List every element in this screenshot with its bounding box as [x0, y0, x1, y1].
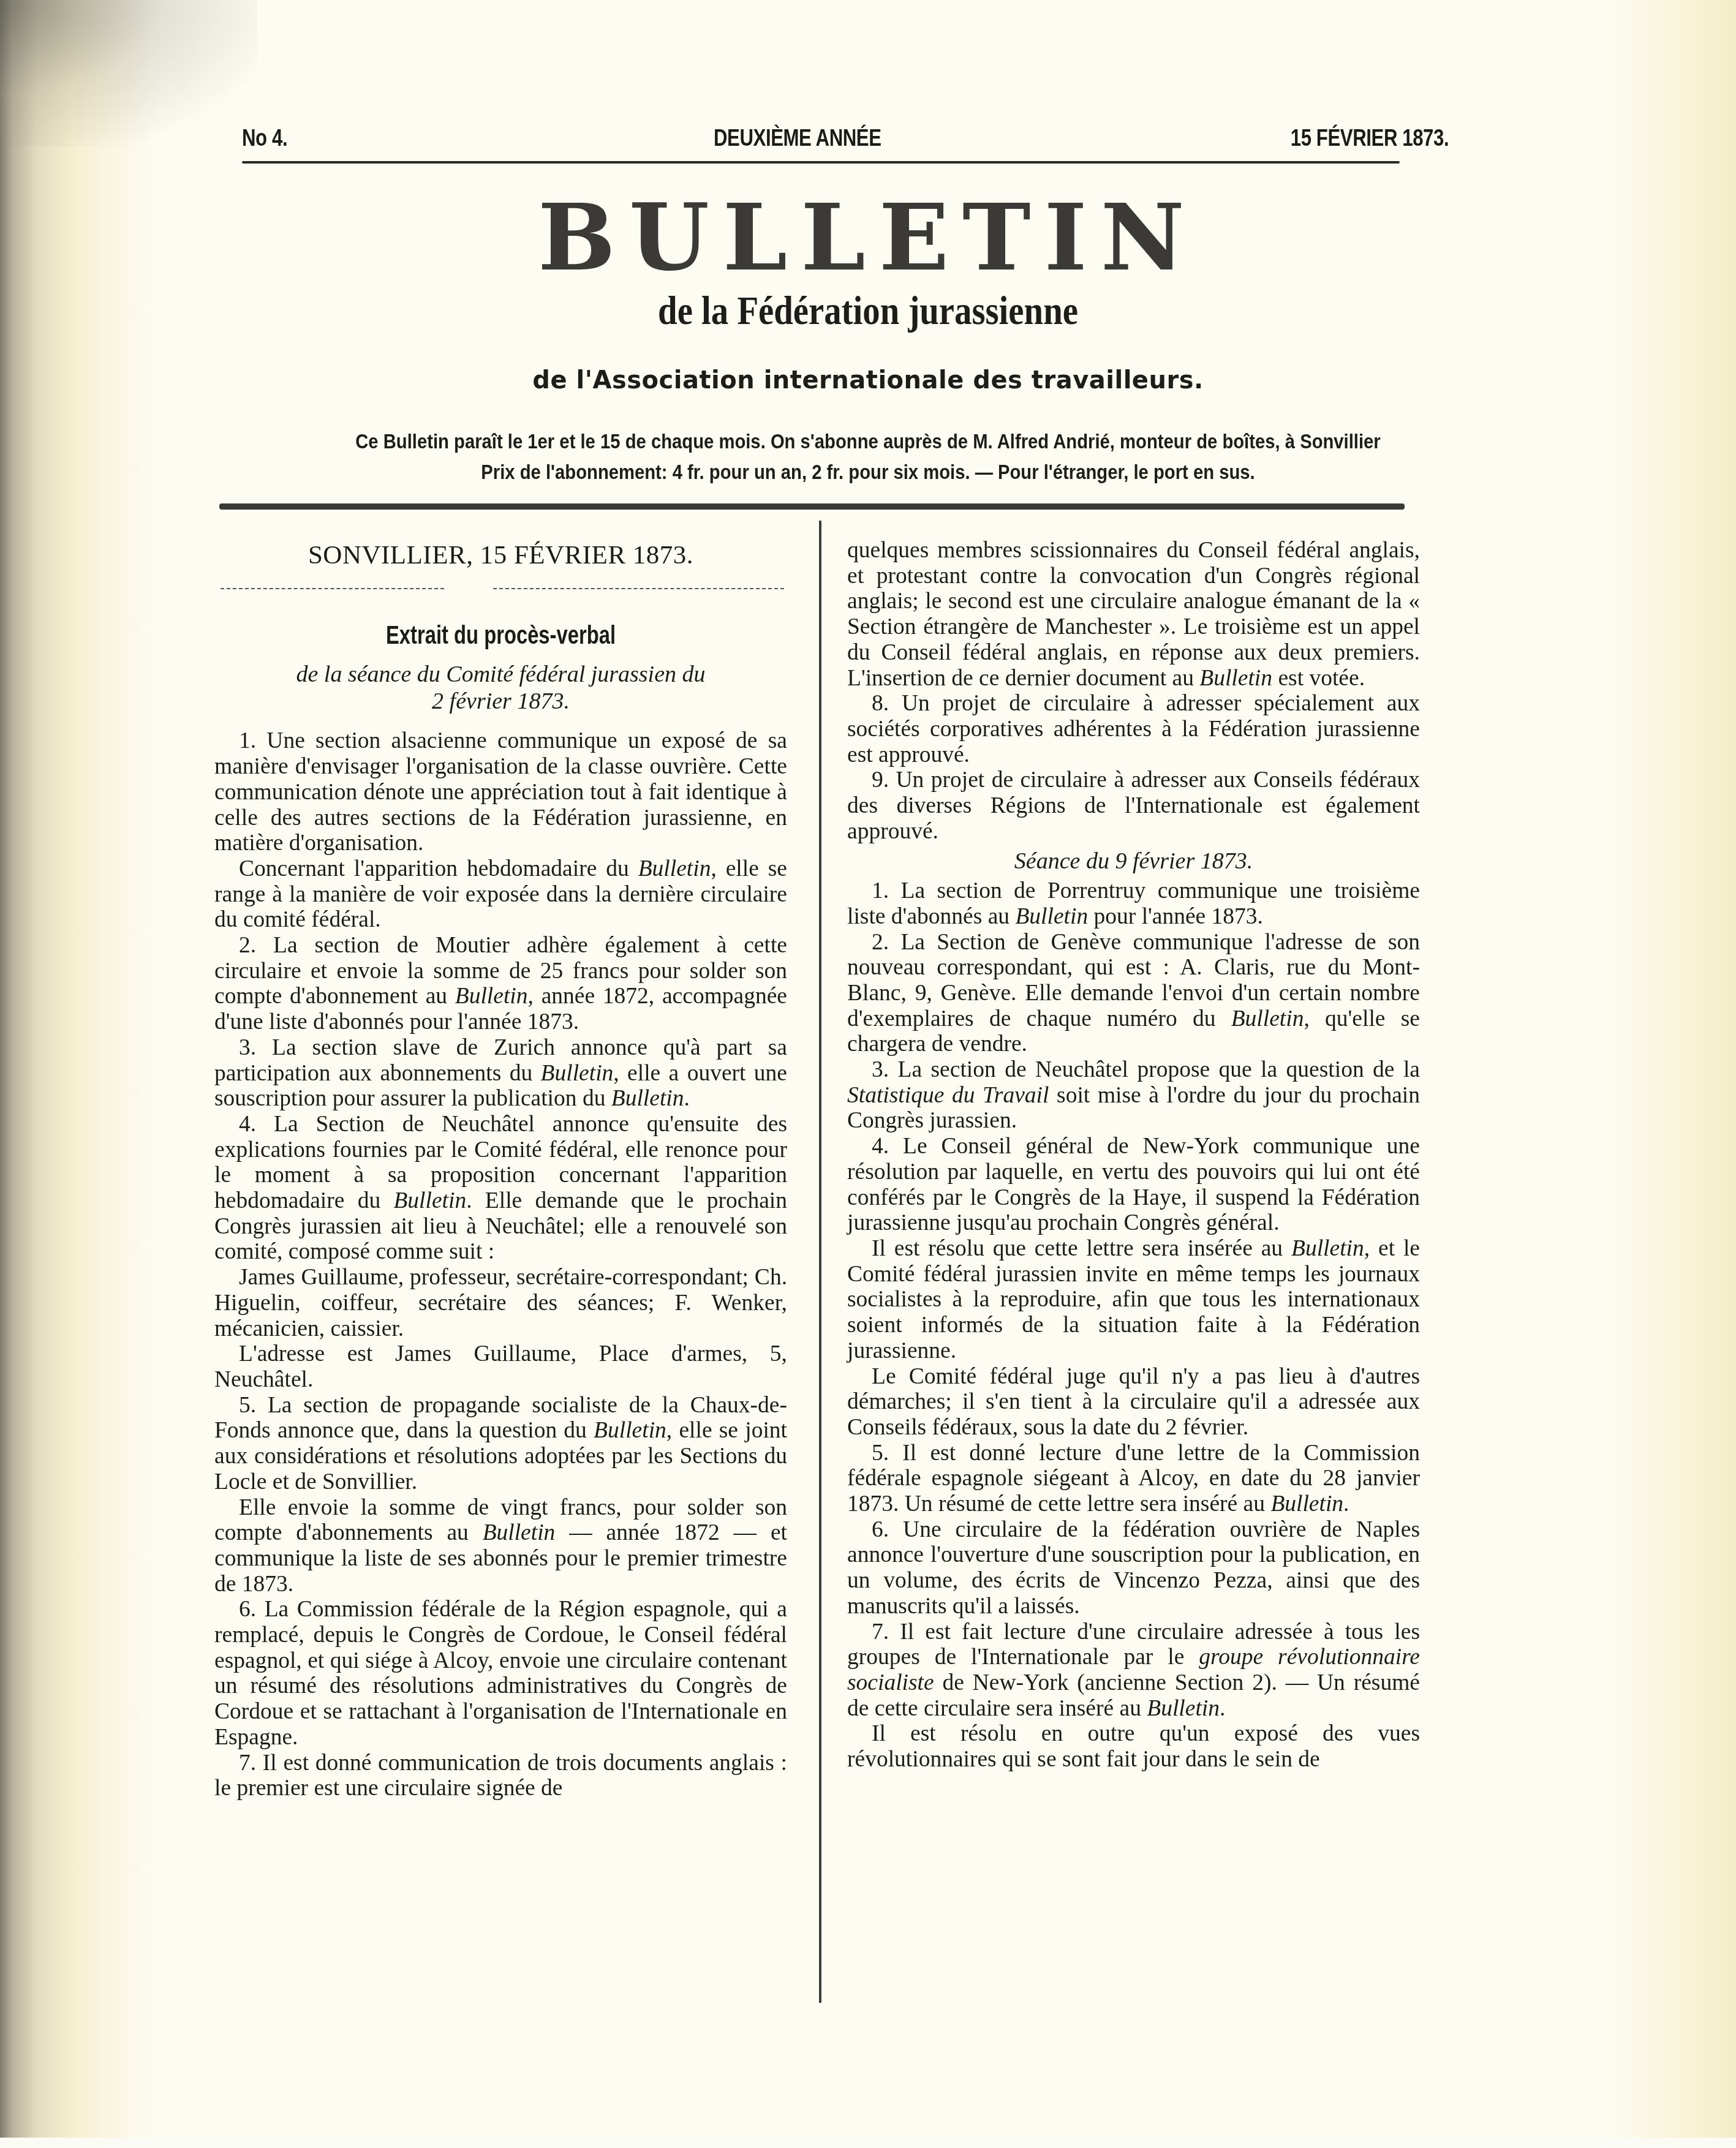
paragraph: 4. La Section de Neuchâtel annonce qu'en… [214, 1112, 787, 1265]
text: . [1220, 1696, 1225, 1721]
paragraph: 9. Un projet de circulaire à adresser au… [847, 767, 1420, 844]
text: 1. Une section alsacienne communique un … [214, 728, 787, 856]
paragraph: James Guillaume, professeur, secrétaire-… [214, 1265, 787, 1341]
text: Concernant l'apparition hebdomadaire du [239, 856, 638, 881]
paragraph: L'adresse est James Guillaume, Place d'a… [214, 1341, 787, 1392]
text: est votée. [1272, 666, 1365, 691]
italic-text: Bulletin [594, 1418, 666, 1443]
issue-number: No 4. [242, 126, 287, 152]
italic-text: Bulletin [1147, 1696, 1220, 1721]
subheading-line-2: 2 février 1873. [214, 688, 787, 715]
italic-text: Bulletin [393, 1188, 466, 1213]
page-subtitle-association: de l'Association internationale des trav… [0, 366, 1736, 394]
left-paragraphs: 1. Une section alsacienne communique un … [214, 728, 787, 1801]
page-subtitle: de la Fédération jurassienne [121, 288, 1614, 334]
text: . [1343, 1491, 1349, 1517]
year-label: DEUXIÈME ANNÉE [714, 126, 881, 152]
paragraph: Elle envoie la somme de vingt francs, po… [214, 1495, 787, 1597]
text: . [684, 1086, 690, 1111]
subscription-info: Ce Bulletin paraît le 1er et le 15 de ch… [121, 430, 1614, 454]
text: Il est résolu que cette lettre sera insé… [872, 1236, 1291, 1261]
paragraph: 8. Un projet de circulaire à adresser sp… [847, 691, 1420, 767]
page-title: BULLETIN [0, 184, 1736, 292]
italic-text: Bulletin [1270, 1491, 1343, 1517]
paragraph: 3. La section slave de Zurich annonce qu… [214, 1035, 787, 1112]
paragraph: 1. Une section alsacienne communique un … [214, 728, 787, 856]
paragraph: 1. La section de Porrentruy communique u… [847, 878, 1420, 929]
text: 8. Un projet de circulaire à adresser sp… [847, 691, 1420, 767]
text: Le Comité fédéral juge qu'il n'y a pas l… [847, 1364, 1420, 1440]
dateline: SONVILLIER, 15 FÉVRIER 1873. [214, 543, 787, 568]
paragraph: Il est résolu que cette lettre sera insé… [847, 1236, 1420, 1364]
italic-text: Bulletin [483, 1520, 556, 1545]
subscription-price: Prix de l'abonnement: 4 fr. pour un an, … [121, 461, 1614, 484]
text: Il est résolu en outre qu'un exposé des … [847, 1721, 1420, 1772]
article-heading: Extrait du procès-verbal [277, 622, 724, 648]
paragraph: Il est résolu en outre qu'un exposé des … [847, 1721, 1420, 1772]
subheading-line-1: de la séance du Comité fédéral jurassien… [214, 661, 787, 688]
italic-text: Statistique du Travail [847, 1083, 1049, 1108]
text: 4. Le Conseil général de New-York commun… [847, 1134, 1420, 1235]
text: 6. Une circulaire de la fédération ouvri… [847, 1517, 1420, 1619]
text: 6. La Commission fédérale de la Région e… [214, 1597, 787, 1750]
italic-text: Bulletin [1015, 904, 1088, 929]
italic-text: Bulletin [541, 1061, 614, 1086]
paragraph: 6. Une circulaire de la fédération ouvri… [847, 1517, 1420, 1619]
right-paragraphs-session-1: quelques membres scissionnaires du Conse… [847, 538, 1420, 844]
masthead-rule [242, 161, 1400, 164]
italic-text: Bulletin [638, 856, 711, 881]
text: 9. Un projet de circulaire à adresser au… [847, 767, 1420, 843]
paragraph: 2. La section de Moutier adhère égalemen… [214, 933, 787, 1035]
header-divider [219, 503, 1405, 510]
italic-text: Bulletin [1231, 1006, 1304, 1031]
paragraph: 5. La section de propagande socialiste d… [214, 1393, 787, 1495]
paragraph: 7. Il est fait lecture d'une circulaire … [847, 1619, 1420, 1722]
text: James Guillaume, professeur, secrétaire-… [214, 1265, 787, 1341]
paragraph: 5. Il est donné lecture d'une lettre de … [847, 1441, 1420, 1517]
masthead-topline: No 4. DEUXIÈME ANNÉE 15 FÉVRIER 1873. [242, 126, 1406, 162]
paragraph: 3. La section de Neuchâtel propose que l… [847, 1057, 1420, 1134]
text: 3. La section de Neuchâtel propose que l… [872, 1057, 1420, 1082]
italic-text: Bulletin [455, 984, 528, 1009]
paragraph: 4. Le Conseil général de New-York commun… [847, 1134, 1420, 1236]
right-column: quelques membres scissionnaires du Conse… [847, 538, 1420, 1773]
paragraph: 6. La Commission fédérale de la Région e… [214, 1597, 787, 1750]
left-column: SONVILLIER, 15 FÉVRIER 1873. Extrait du … [214, 539, 787, 1801]
article-subheading: de la séance du Comité fédéral jurassien… [214, 661, 787, 715]
issue-date: 15 FÉVRIER 1873. [1291, 126, 1449, 152]
paragraph: 2. La Section de Genève communique l'adr… [847, 930, 1420, 1058]
italic-text: Bulletin [611, 1086, 684, 1111]
column-divider [819, 521, 821, 2003]
newspaper-page: No 4. DEUXIÈME ANNÉE 15 FÉVRIER 1873. BU… [0, 0, 1736, 2148]
italic-text: Bulletin [1291, 1236, 1364, 1261]
italic-text: Bulletin [1199, 666, 1272, 691]
paragraph: Le Comité fédéral juge qu'il n'y a pas l… [847, 1364, 1420, 1441]
text: L'adresse est James Guillaume, Place d'a… [214, 1341, 787, 1392]
paragraph: quelques membres scissionnaires du Conse… [847, 538, 1420, 691]
paragraph: 7. Il est donné communication de trois d… [214, 1750, 787, 1801]
paragraph: Concernant l'apparition hebdomadaire du … [214, 856, 787, 933]
session-heading: Séance du 9 février 1873. [847, 849, 1420, 875]
text: pour l'année 1873. [1088, 904, 1263, 929]
dateline-rules [214, 584, 787, 595]
right-paragraphs-session-2: 1. La section de Porrentruy communique u… [847, 878, 1420, 1773]
text: 7. Il est donné communication de trois d… [214, 1750, 787, 1801]
